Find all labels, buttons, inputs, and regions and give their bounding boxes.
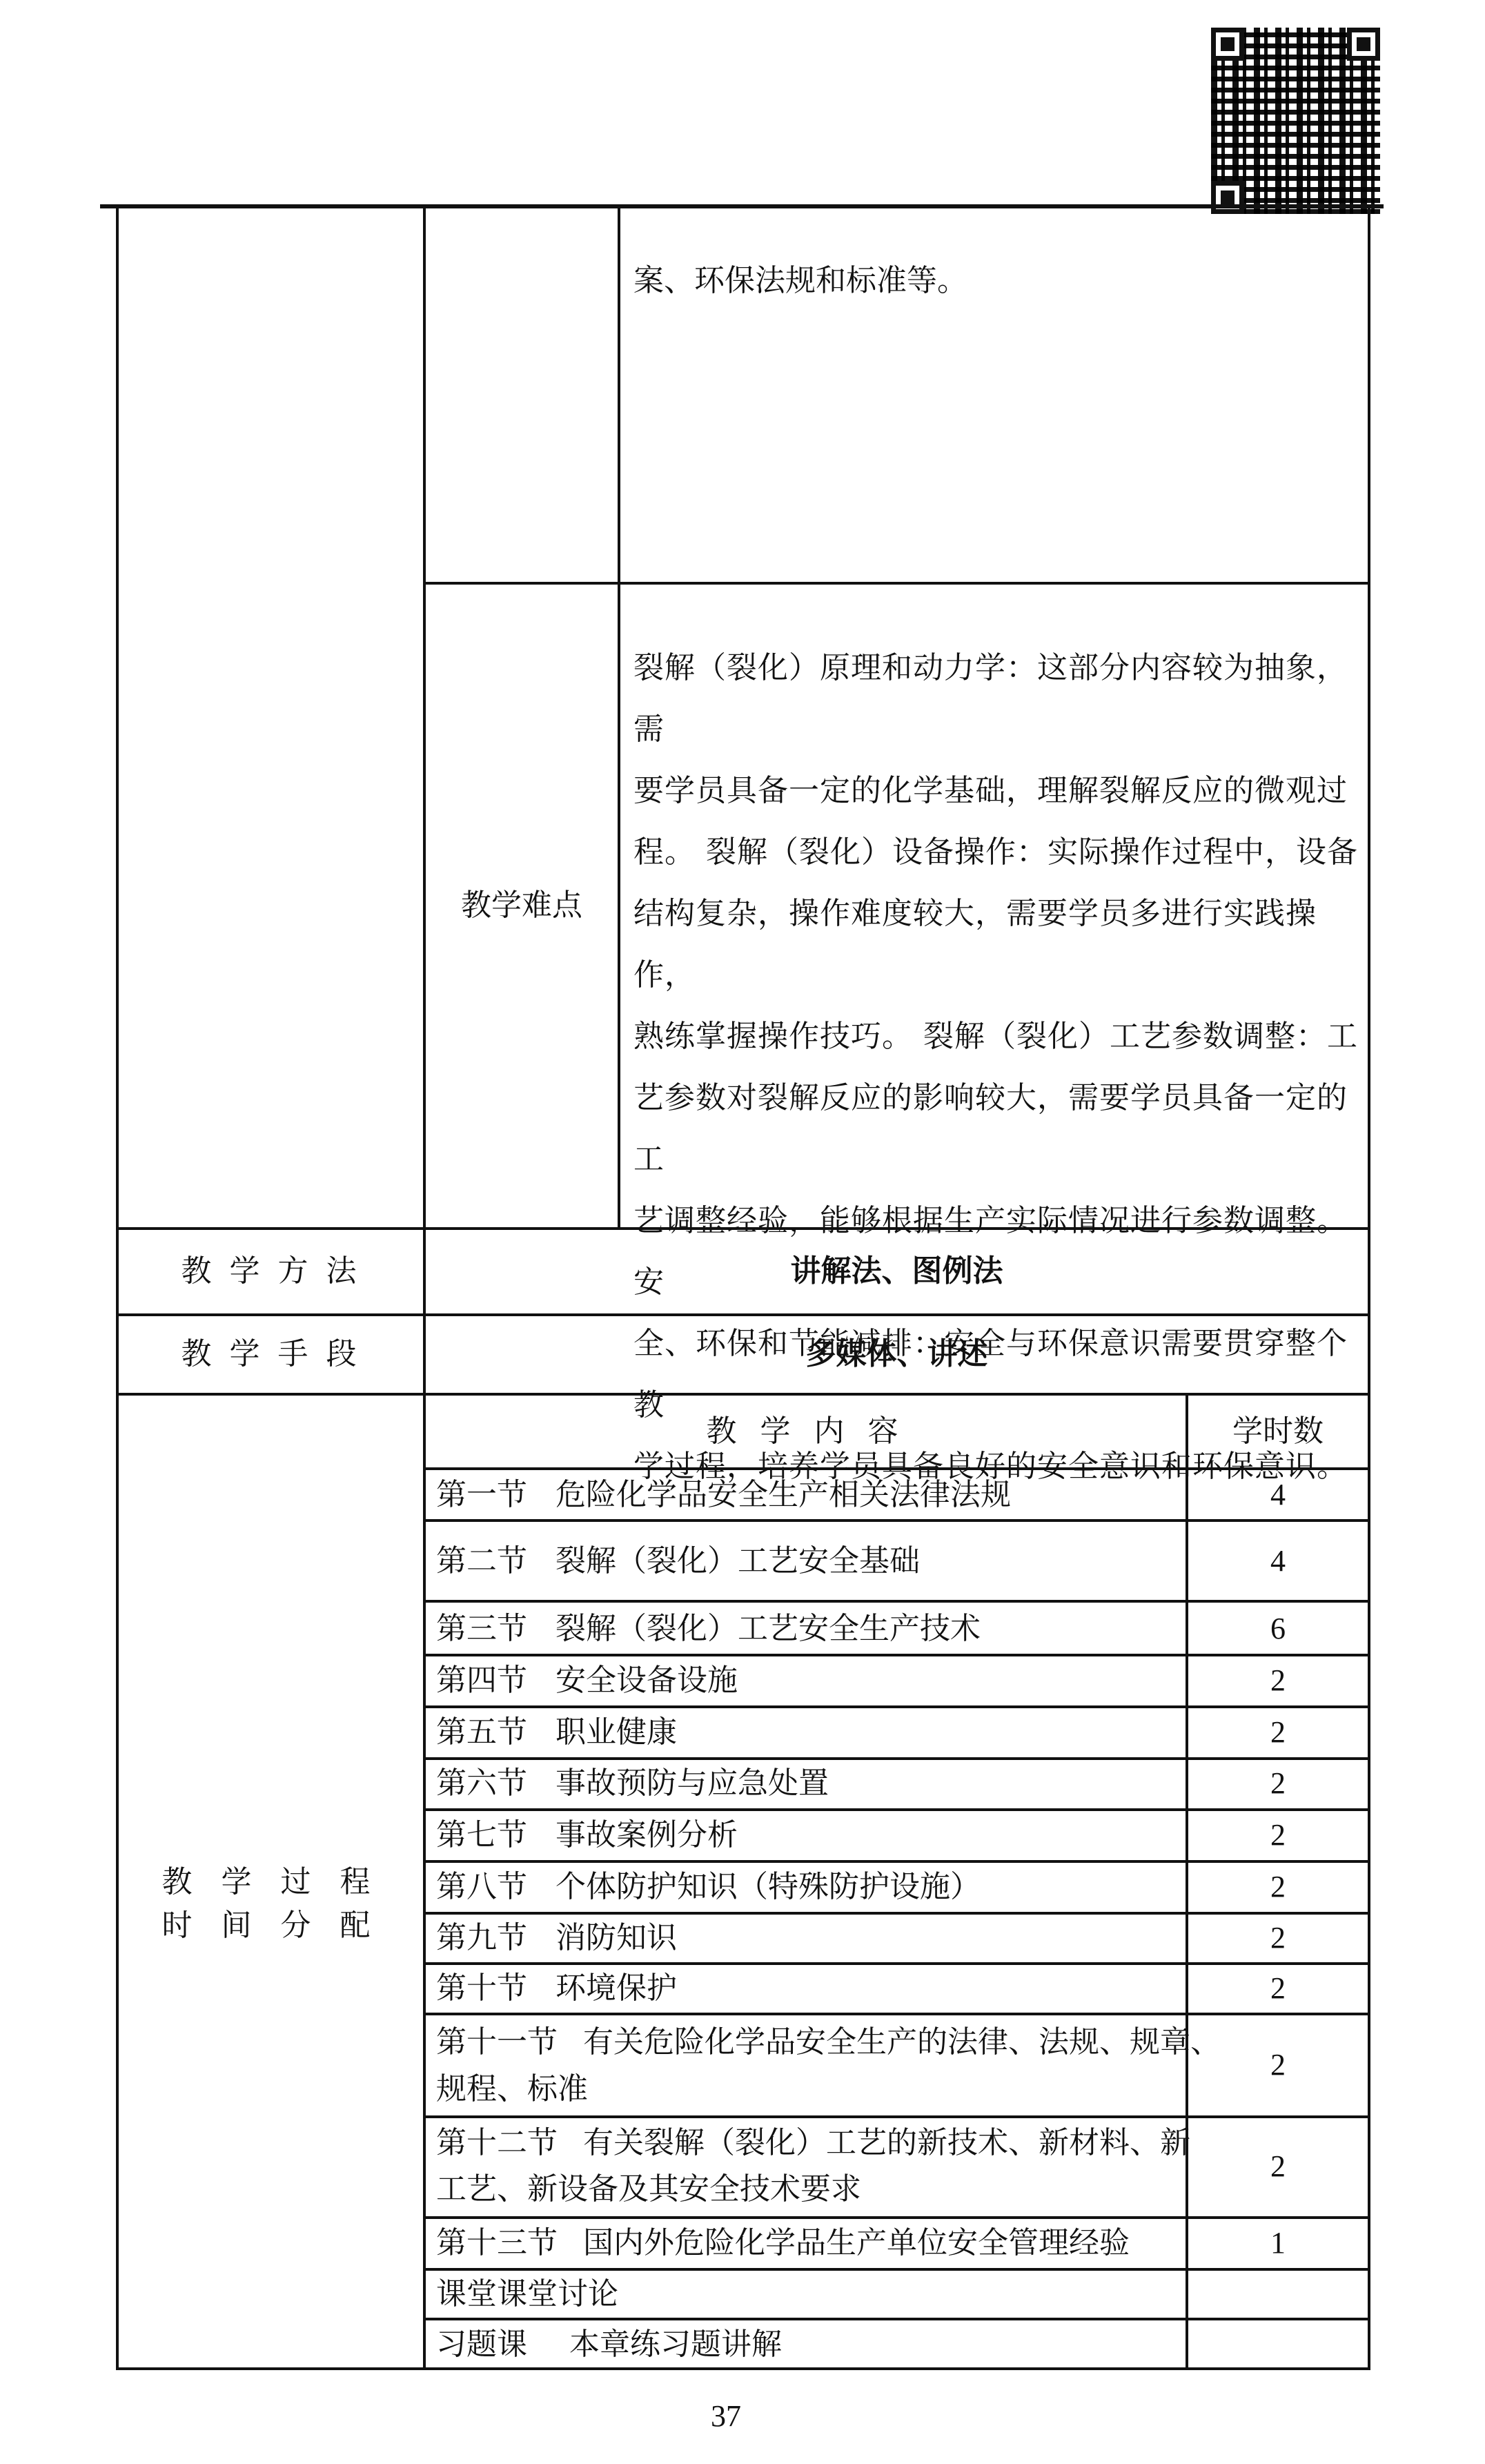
difficulties-line: 程。 裂解（裂化）设备操作：实际操作过程中，设备: [633, 821, 1361, 883]
row-title: 事故预防与应急处置: [555, 1768, 829, 1799]
row-divider: [426, 2216, 1368, 2219]
row-divider: [426, 1912, 1368, 1915]
row-divider: [426, 1705, 1368, 1708]
row-section: 习题课: [436, 2329, 527, 2360]
table-bottom-border: [116, 2367, 1370, 2370]
difficulties-label: 教学难点: [426, 890, 618, 921]
row-hours: 2: [1188, 1923, 1368, 1953]
row-section: 第六节: [436, 1768, 527, 1799]
means-value: 多媒体、讲述: [426, 1339, 1368, 1369]
row-section: 第四节: [436, 1665, 527, 1696]
row-title-continued: 规程、标准: [436, 2074, 588, 2104]
qr-finder-icon: [1347, 28, 1380, 61]
row-divider: [426, 2013, 1368, 2015]
table-right-border: [1368, 207, 1370, 2369]
row-title: 有关裂解（裂化）工艺的新技术、新材料、新: [583, 2128, 1190, 2158]
row-title: 安全设备设施: [555, 1665, 738, 1696]
label-column-divider: [423, 207, 426, 2369]
row-title: 消防知识: [555, 1923, 677, 1953]
process-label-line1: 教 学 过 程: [119, 1867, 423, 1897]
row-hours: 2: [1188, 1717, 1368, 1748]
difficulties-line: 艺参数对裂解反应的影响较大，需要学员具备一定的工: [633, 1067, 1361, 1190]
row-section: 第十三节: [436, 2228, 558, 2258]
row-section: 第十一节: [436, 2027, 558, 2057]
table-left-border: [116, 207, 119, 2369]
row-divider: [426, 1519, 1368, 1522]
row-hours: 2: [1188, 1665, 1368, 1696]
difficulties-line: 艺调整经验，能够根据生产实际情况进行参数调整。 安: [633, 1190, 1361, 1313]
row-divider: [426, 1757, 1368, 1760]
means-label: 教 学 手 段: [119, 1339, 423, 1369]
row-title: 个体防护知识（特殊防护设施）: [555, 1872, 981, 1902]
row-divider: [426, 2115, 1368, 2118]
table-top-border: [100, 204, 1384, 208]
qr-finder-icon: [1211, 28, 1244, 61]
row-title: 事故案例分析: [555, 1820, 738, 1850]
row-divider: [426, 1808, 1368, 1811]
row-divider: [426, 1467, 1368, 1470]
row-title: 职业健康: [555, 1717, 677, 1748]
row-section: 第一节: [436, 1480, 527, 1510]
row-title-continued: 工艺、新设备及其安全技术要求: [436, 2174, 861, 2204]
row-title: 有关危险化学品安全生产的法律、法规、规章、: [583, 2027, 1221, 2057]
row-title: 环境保护: [555, 1973, 677, 2004]
difficulties-line: 熟练掌握操作技巧。 裂解（裂化）工艺参数调整：工: [633, 1006, 1361, 1067]
content-header: 教 学 内 容: [426, 1416, 1186, 1447]
row-hours: 1: [1188, 2228, 1368, 2258]
hours-header: 学时数: [1188, 1416, 1368, 1447]
difficulties-line: 要学员具备一定的化学基础，理解裂解反应的微观过: [633, 760, 1361, 821]
row-hours: 2: [1188, 1768, 1368, 1799]
methods-label: 教 学 方 法: [119, 1256, 423, 1287]
row-section: 第二节: [436, 1546, 527, 1576]
row-title: 裂解（裂化）工艺安全生产技术: [555, 1614, 981, 1644]
row-hours: 4: [1188, 1546, 1368, 1576]
qr-code-icon: [1211, 28, 1380, 214]
sublabel-column-divider: [618, 207, 620, 1229]
qr-finder-icon: [1211, 181, 1244, 214]
row-section: 第十节: [436, 1973, 527, 2004]
row-divider: [426, 2268, 1368, 2271]
row-section: 第三节: [436, 1614, 527, 1644]
row-title: 危险化学品安全生产相关法律法规: [555, 1480, 1011, 1510]
row-section: 第八节: [436, 1872, 527, 1902]
row-section: 第九节: [436, 1923, 527, 1953]
difficulties-line: 裂解（裂化）原理和动力学：这部分内容较为抽象，需: [633, 637, 1361, 760]
row-divider: [426, 1654, 1368, 1656]
process-label-line2: 时 间 分 配: [119, 1910, 423, 1941]
row-hours: 2: [1188, 2050, 1368, 2080]
row-hours: 2: [1188, 1973, 1368, 2004]
methods-value: 讲解法、图例法: [426, 1256, 1368, 1287]
row-section: 第十二节: [436, 2128, 558, 2158]
row-divider: [426, 1600, 1368, 1603]
continuation-text: 案、环保法规和标准等。: [633, 266, 967, 296]
page-number: 37: [711, 2398, 741, 2434]
row-title: 本章练习题讲解: [569, 2329, 782, 2360]
row-divider: [423, 582, 1370, 585]
row-section: 第七节: [436, 1820, 527, 1850]
row-hours: 2: [1188, 2151, 1368, 2182]
row-divider: [426, 2318, 1368, 2320]
row-hours: 2: [1188, 1820, 1368, 1850]
difficulties-line: 结构复杂，操作难度较大，需要学员多进行实践操作，: [633, 883, 1361, 1006]
row-title: 裂解（裂化）工艺安全基础: [555, 1546, 920, 1576]
row-divider: [426, 1860, 1368, 1863]
row-divider: [426, 1962, 1368, 1965]
row-section: 课堂课堂讨论: [436, 2279, 618, 2309]
row-hours: 4: [1188, 1480, 1368, 1510]
row-hours: 6: [1188, 1614, 1368, 1644]
row-title: 国内外危险化学品生产单位安全管理经验: [583, 2228, 1130, 2258]
row-section: 第五节: [436, 1717, 527, 1748]
row-hours: 2: [1188, 1872, 1368, 1902]
